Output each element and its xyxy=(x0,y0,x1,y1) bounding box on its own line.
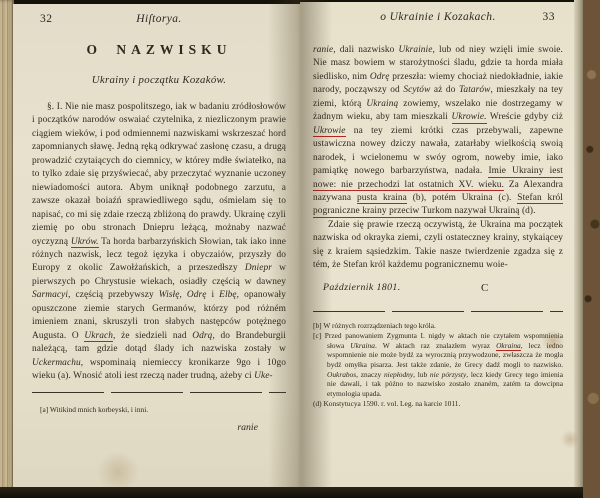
right-page-edge xyxy=(574,0,583,492)
left-catchword: ranie xyxy=(32,422,286,433)
left-page: 32 Hiſtorya. O NAZWISKU Ukrainy i począt… xyxy=(13,4,300,491)
bottom-shadow xyxy=(0,487,583,498)
left-running-title: Hiſtorya. xyxy=(32,13,286,25)
right-footnote-rule xyxy=(313,310,563,312)
left-body-paragraph: §. I. Nie nie masz pospolitszego, iak w … xyxy=(32,101,286,384)
right-body-paragraph-1: ranie, dali nazwisko Ukrainie, lub od ni… xyxy=(313,44,563,219)
chapter-heading: O NAZWISKU xyxy=(32,42,286,58)
book-scan-photo: 32 Hiſtorya. O NAZWISKU Ukrainy i począt… xyxy=(0,0,600,498)
right-page: o Ukrainie i Kozakach. 33 ranie, dali na… xyxy=(300,2,576,491)
right-footnotes: [b] W różnych rozrządzeniach tego króla.… xyxy=(313,321,563,409)
imprint-row: Październik 1801. C xyxy=(313,282,563,296)
page-edge-stack xyxy=(0,0,14,490)
signature-mark: C xyxy=(481,282,488,294)
marbled-board xyxy=(583,0,600,498)
left-footnote-rule xyxy=(32,391,286,393)
left-page-number: 32 xyxy=(40,13,53,25)
chapter-subheading: Ukrainy i początku Kozaków. xyxy=(32,74,286,86)
right-page-number: 33 xyxy=(543,11,556,23)
footnote-c: [c] Przed panowaniem Zygmunta I. nigdy w… xyxy=(313,331,563,398)
left-page-header: 32 Hiſtorya. xyxy=(32,13,286,29)
imprint-date: Październik 1801. xyxy=(323,282,401,293)
left-footnote-a: [a] Witikind mnich korbeyski, i inni. xyxy=(40,405,286,415)
right-running-title: o Ukrainie i Kozakach. xyxy=(313,11,563,23)
footnote-b: [b] W różnych rozrządzeniach tego króla. xyxy=(313,321,563,331)
right-page-header: o Ukrainie i Kozakach. 33 xyxy=(313,11,563,27)
footnote-d: (d) Konstytucya 1590. r. vol. Leg. na ka… xyxy=(313,399,563,409)
right-body-paragraph-2: Zdaie się prawie rzeczą oczywistą, że Uk… xyxy=(313,219,563,273)
